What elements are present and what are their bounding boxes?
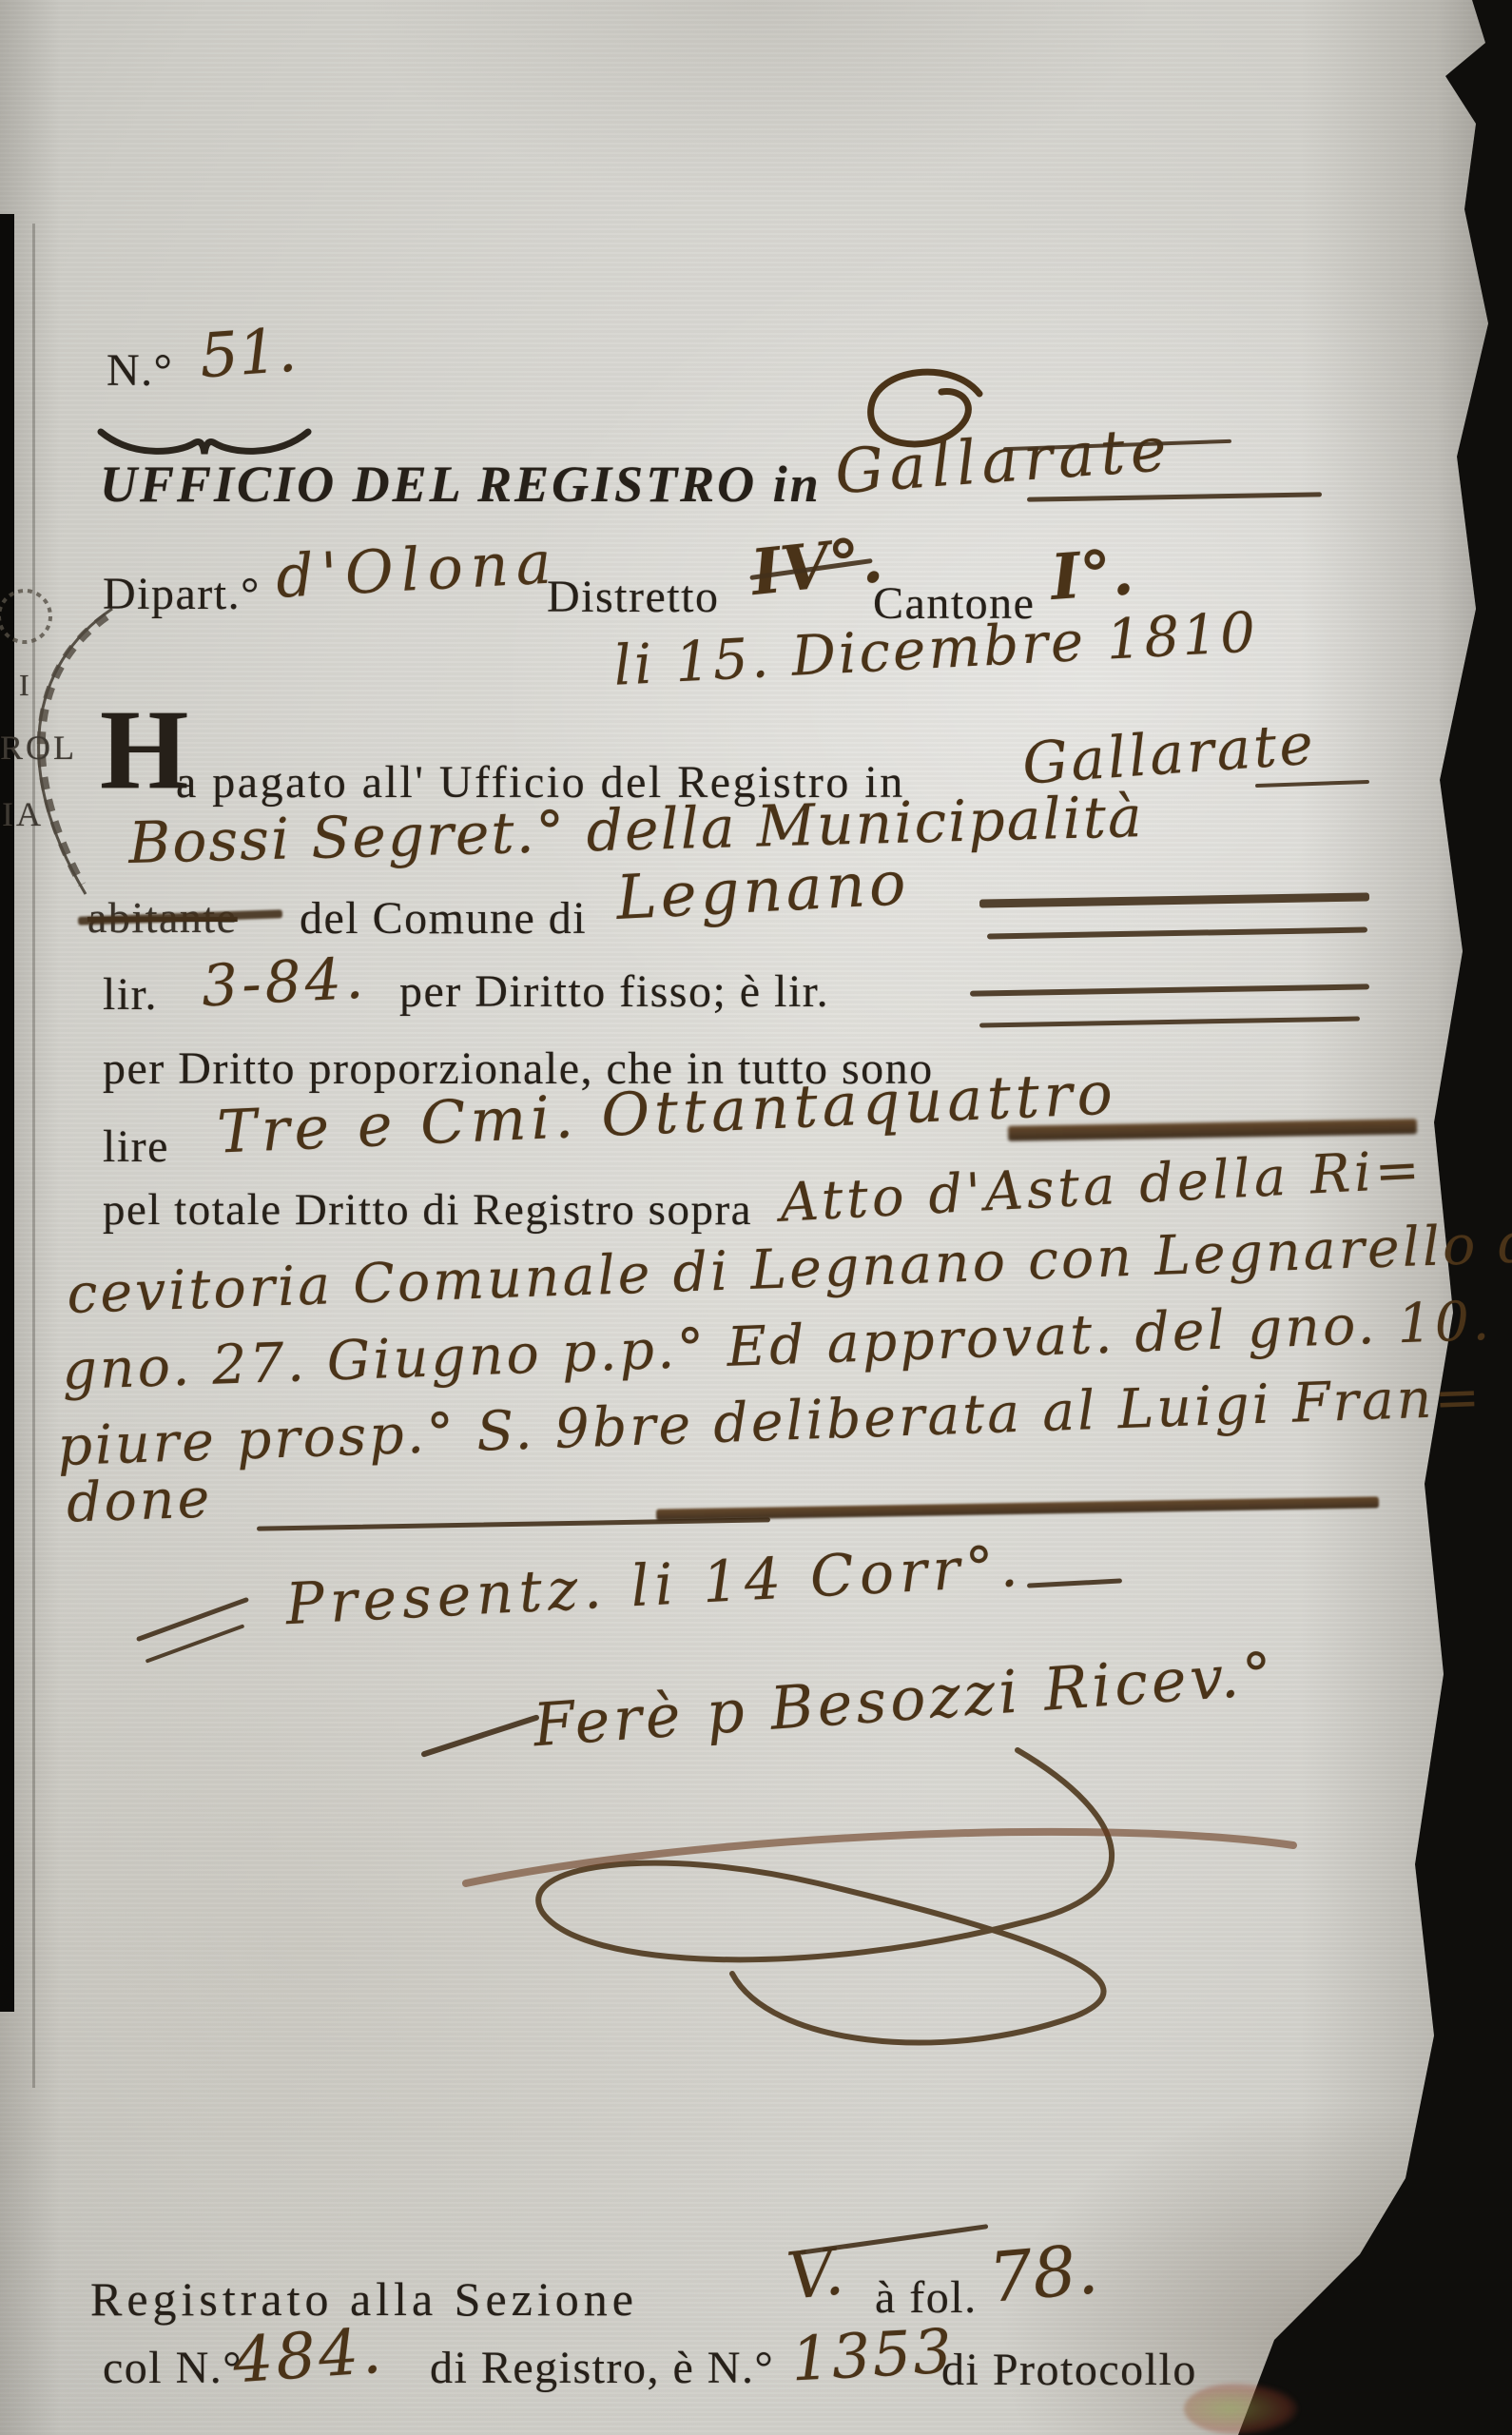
- protocollo-value-handwritten: 1353: [789, 2317, 956, 2396]
- left-edge-shadow: [0, 214, 14, 2012]
- stamp-letter: ROL: [0, 728, 77, 768]
- department-value: d'Olona: [274, 527, 560, 611]
- district-label: Distretto: [547, 571, 719, 623]
- registro-value-handwritten: 484.: [231, 2314, 387, 2398]
- department-label: Dipart.°: [103, 568, 261, 620]
- fixed-duty-label: lir.: [103, 968, 158, 1021]
- protocollo-end-printed: di Protocollo: [941, 2344, 1197, 2396]
- fixed-duty-amount-handwritten: 3-84.: [200, 945, 368, 1020]
- flourish-ornament: [837, 363, 1027, 468]
- stamp-letter: I: [19, 668, 30, 703]
- stamp-letter: IA: [2, 794, 44, 834]
- comune-label: del Comune di: [300, 892, 587, 945]
- fol-label: à fol.: [875, 2271, 978, 2324]
- registro-mid-printed: di Registro, è N.°: [430, 2342, 774, 2394]
- office-title: UFFICIO DEL REGISTRO in: [100, 455, 822, 514]
- signature-paraph: [409, 1731, 1341, 2045]
- document-number-label: N.°: [107, 344, 173, 397]
- registro-label: col N.°: [103, 2342, 242, 2394]
- fol-value-handwritten: 78.: [986, 2229, 1101, 2318]
- amount-label: lire: [103, 1120, 169, 1173]
- document-photo: I ROL IA N.° 51. UFFICIO DEL REGISTRO in…: [0, 0, 1512, 2435]
- subject-handwritten-line: done: [66, 1467, 213, 1534]
- document-number-value: 51.: [198, 316, 300, 393]
- subject-printed: pel totale Dritto di Registro sopra: [103, 1184, 752, 1236]
- fixed-duty-printed: per Diritto fisso; è lir.: [399, 965, 829, 1018]
- canton-value: I°.: [1048, 535, 1135, 614]
- stain: [1184, 2383, 1298, 2435]
- crease-line: [32, 224, 35, 2088]
